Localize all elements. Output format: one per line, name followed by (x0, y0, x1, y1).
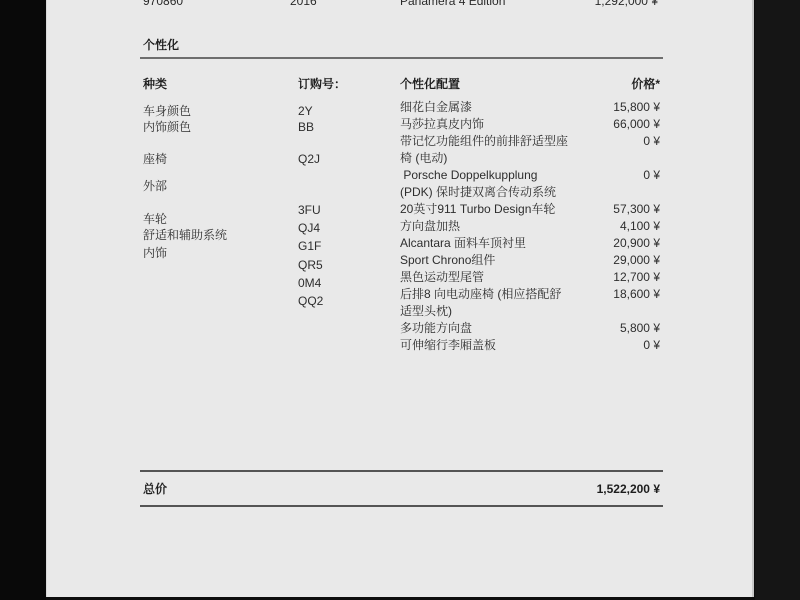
letterbox-right (755, 0, 800, 600)
options-name-header: 个性化配置 (400, 76, 460, 93)
vehicle-model-name: Panamera 4 Edition (400, 0, 505, 10)
option-row: 多功能方向盘 5,800 ¥ (400, 320, 660, 337)
total-label: 总价 (143, 481, 167, 498)
category-label: 车身颜色 (143, 104, 191, 118)
order-code: BB (298, 120, 314, 134)
option-price: 0 ¥ (592, 133, 660, 150)
option-row: 细花白金属漆 15,800 ¥ (400, 99, 660, 116)
vehicle-model-year: 2016 (290, 0, 317, 10)
option-price: 18,600 ¥ (592, 286, 660, 303)
order-code: 2Y (298, 104, 313, 118)
option-row: Sport Chrono组件 29,000 ¥ (400, 252, 660, 269)
total-row: 总价 1,522,200 ¥ (143, 481, 660, 498)
option-name: 细花白金属漆 (400, 99, 592, 116)
option-price: 29,000 ¥ (592, 252, 660, 269)
option-price: 0 ¥ (592, 167, 660, 184)
option-name: Sport Chrono组件 (400, 252, 592, 269)
option-name: Porsche Doppelkupplung (PDK) 保时捷双离合传动系统 (400, 167, 592, 201)
option-price: 5,800 ¥ (592, 320, 660, 337)
option-name: 方向盘加热 (400, 218, 592, 235)
option-price: 57,300 ¥ (592, 201, 660, 218)
options-price-header: 价格* (631, 76, 660, 93)
option-row: 带记忆功能组件的前排舒适型座 椅 (电动) 0 ¥ (400, 133, 660, 167)
option-row: 可伸缩行李厢盖板 0 ¥ (400, 337, 660, 354)
total-value: 1,522,200 ¥ (597, 481, 660, 498)
order-code: QQ2 (298, 294, 323, 308)
option-name: Alcantara 面料车顶衬里 (400, 235, 592, 252)
vehicle-base-price: 1,292,000 ¥ (595, 0, 658, 10)
order-code: QR5 (298, 258, 323, 272)
category-label: 座椅 (143, 152, 167, 166)
order-code: Q2J (298, 152, 320, 166)
category-label: 车轮 (143, 212, 167, 226)
options-table-header: 个性化配置 价格* (400, 76, 660, 93)
category-label: 舒适和辅助系统 (143, 228, 227, 242)
option-price: 66,000 ¥ (592, 116, 660, 133)
vehicle-model-code: 970860 (143, 0, 183, 10)
order-code: QJ4 (298, 221, 320, 235)
section-title: 个性化 (143, 37, 179, 54)
category-label: 内饰颜色 (143, 120, 191, 134)
option-name: 后排8 向电动座椅 (相应搭配舒 适型头枕) (400, 286, 592, 320)
category-label: 内饰 (143, 246, 167, 260)
option-row: 20英寸911 Turbo Design车轮 57,300 ¥ (400, 201, 660, 218)
category-label: 外部 (143, 179, 167, 193)
section-divider (140, 57, 663, 59)
option-price: 12,700 ¥ (592, 269, 660, 286)
total-divider-top (140, 470, 663, 472)
order-code: 3FU (298, 203, 321, 217)
order-code: 0M4 (298, 276, 321, 290)
option-price: 0 ¥ (592, 337, 660, 354)
option-price: 15,800 ¥ (592, 99, 660, 116)
option-name: 黑色运动型尾管 (400, 269, 592, 286)
category-column-header: 种类 (143, 76, 167, 93)
option-row: Alcantara 面料车顶衬里 20,900 ¥ (400, 235, 660, 252)
order-number-column-header: 订购号： (298, 76, 346, 93)
video-frame: { "vehicle": { "model_code": "970860", "… (0, 0, 800, 600)
option-name: 马莎拉真皮内饰 (400, 116, 592, 133)
option-row: Porsche Doppelkupplung (PDK) 保时捷双离合传动系统 … (400, 167, 660, 201)
option-row: 后排8 向电动座椅 (相应搭配舒 适型头枕) 18,600 ¥ (400, 286, 660, 320)
order-code: G1F (298, 239, 321, 253)
option-name: 可伸缩行李厢盖板 (400, 337, 592, 354)
option-row: 方向盘加热 4,100 ¥ (400, 218, 660, 235)
document-page: 970860 2016 Panamera 4 Edition 1,292,000… (46, 0, 754, 597)
option-name: 20英寸911 Turbo Design车轮 (400, 201, 592, 218)
options-table-body: 细花白金属漆 15,800 ¥ 马莎拉真皮内饰 66,000 ¥ 带记忆功能组件… (400, 99, 660, 354)
option-name: 多功能方向盘 (400, 320, 592, 337)
option-name: 带记忆功能组件的前排舒适型座 椅 (电动) (400, 133, 592, 167)
option-price: 20,900 ¥ (592, 235, 660, 252)
letterbox-left (0, 0, 46, 600)
option-price: 4,100 ¥ (592, 218, 660, 235)
option-row: 马莎拉真皮内饰 66,000 ¥ (400, 116, 660, 133)
option-row: 黑色运动型尾管 12,700 ¥ (400, 269, 660, 286)
total-divider-bottom (140, 505, 663, 507)
